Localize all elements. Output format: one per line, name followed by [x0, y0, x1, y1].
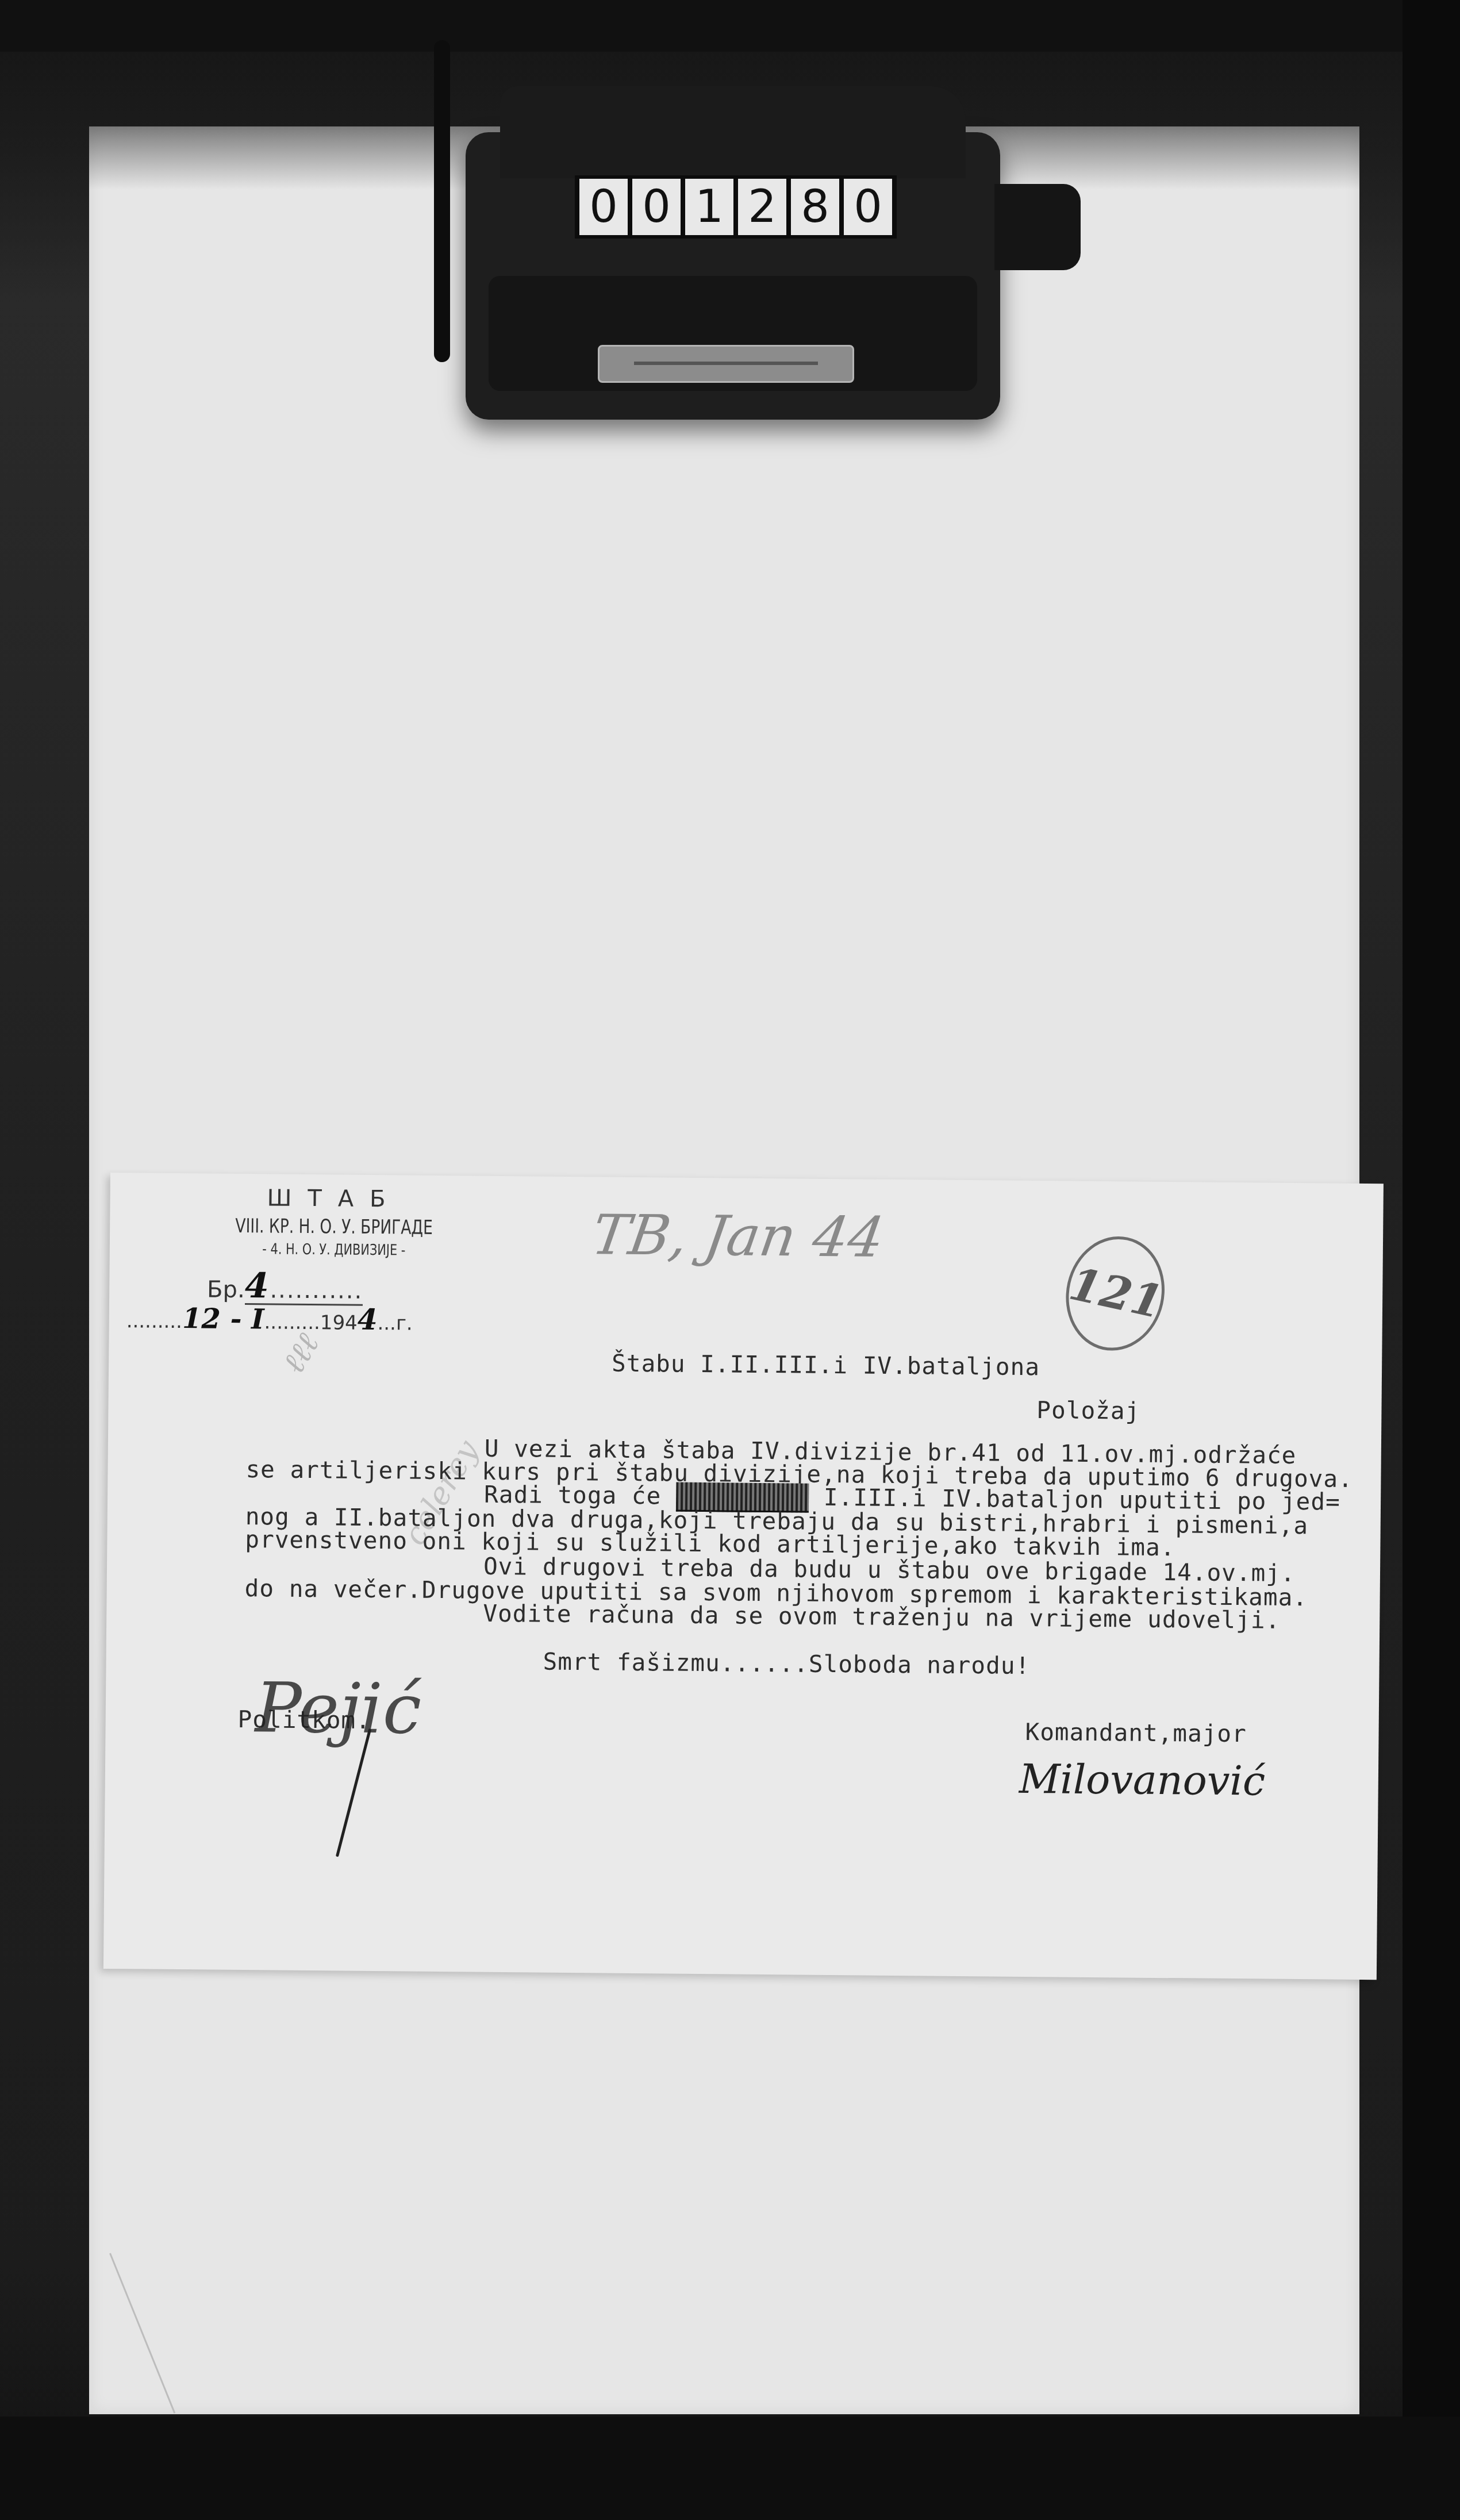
- stamp-date-line: .........12 - I.........1944...г.: [126, 1300, 413, 1336]
- counter-digit: 1: [685, 179, 733, 235]
- counter-digit-window: 0 0 1 2 8 0: [575, 175, 897, 239]
- circled-page-number: 121: [1055, 1227, 1175, 1360]
- counter-nameplate: [598, 345, 854, 383]
- location-line: Položaj: [1036, 1396, 1140, 1425]
- stamp-year-handwritten: 4: [358, 1303, 378, 1336]
- right-signature: Milovanović: [1019, 1755, 1265, 1805]
- stamp-year-suffix: г.: [396, 1312, 413, 1335]
- counter-digit: 2: [738, 179, 786, 235]
- stamp-date-handwritten: 12 - I: [182, 1303, 264, 1335]
- stamp-number-label: Бр.: [207, 1276, 245, 1303]
- typed-document-sheet: ШТАБ VIII. КР. Н. О. У. БРИГАДЕ - 4. Н. …: [103, 1173, 1384, 1980]
- stamp-title: ШТАБ: [173, 1182, 495, 1216]
- counter-digit: 0: [632, 179, 681, 235]
- film-bottom-border: [0, 2417, 1460, 2520]
- film-top-border: [0, 0, 1460, 52]
- counter-digit: 0: [579, 179, 628, 235]
- counter-digit: 8: [791, 179, 839, 235]
- stamp-number-value: 4: [245, 1266, 270, 1306]
- pencil-annotation: TB, Jan 44: [588, 1203, 889, 1269]
- stamp-division: - 4. Н. О. У. ДИВИЗИЈЕ -: [205, 1238, 463, 1261]
- left-signature: Pejić: [255, 1668, 421, 1750]
- counter-digit: 0: [844, 179, 892, 235]
- counter-housing-top: [500, 86, 966, 178]
- stamp-brigade: VIII. КР. Н. О. У. БРИГАДЕ: [209, 1213, 460, 1240]
- stamp-year-printed: 194: [320, 1311, 358, 1335]
- closing-slogan: Smrt fašizmu......Sloboda narodu!: [543, 1648, 1030, 1680]
- frame-counter-device: 0 0 1 2 8 0: [466, 132, 1000, 420]
- counter-knob: [994, 184, 1081, 270]
- counter-cable: [434, 40, 450, 362]
- film-right-border: [1403, 0, 1460, 2520]
- right-signatory-title: Komandant,major: [1025, 1718, 1247, 1747]
- header-stamp: ШТАБ VIII. КР. Н. О. У. БРИГАДЕ - 4. Н. …: [173, 1182, 495, 1262]
- recipient-line: Štabu I.II.III.i IV.bataljona: [612, 1350, 1040, 1381]
